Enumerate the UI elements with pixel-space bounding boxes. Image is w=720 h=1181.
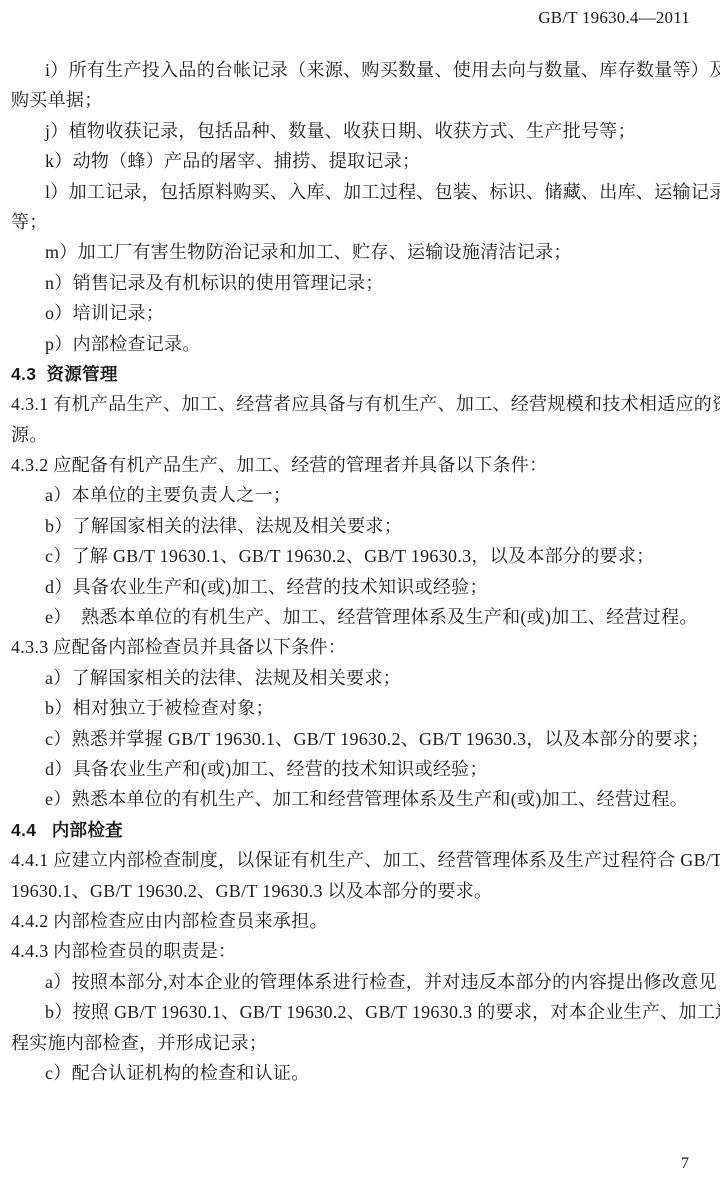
- text-line: 购买单据；: [11, 85, 712, 115]
- page-number: 7: [681, 1153, 689, 1175]
- text-line: 4.3.3 应配备内部检查员并具备以下条件：: [11, 632, 712, 662]
- text-line: 4.4.3 内部检查员的职责是：: [11, 936, 712, 966]
- text-line: c）配合认证机构的检查和认证。: [11, 1058, 712, 1088]
- text-line: e） 熟悉本单位的有机生产、加工、经营管理体系及生产和(或)加工、经营过程。: [11, 602, 712, 632]
- text-line: d）具备农业生产和(或)加工、经营的技术知识或经验；: [11, 572, 712, 602]
- text-line: 19630.1、GB/T 19630.2、GB/T 19630.3 以及本部分的…: [11, 876, 712, 906]
- text-line: 4.3.1 有机产品生产、加工、经营者应具备与有机生产、加工、经营规模和技术相适…: [11, 389, 712, 419]
- text-line: p）内部检查记录。: [11, 329, 712, 359]
- text-line: d）具备农业生产和(或)加工、经营的技术知识或经验；: [11, 754, 712, 784]
- text-line: 4.3.2 应配备有机产品生产、加工、经营的管理者并具备以下条件：: [11, 450, 712, 480]
- document-page: GB/T 19630.4—2011 i）所有生产投入品的台帐记录（来源、购买数量…: [0, 0, 720, 1181]
- text-line: 源。: [11, 420, 712, 450]
- text-line: 4.4.1 应建立内部检查制度，以保证有机生产、加工、经营管理体系及生产过程符合…: [11, 845, 712, 875]
- text-line: 等；: [11, 207, 712, 237]
- text-line: b）按照 GB/T 19630.1、GB/T 19630.2、GB/T 1963…: [11, 997, 712, 1027]
- text-line: 4.4 内部检查: [11, 815, 712, 845]
- text-line: m）加工厂有害生物防治记录和加工、贮存、运输设施清洁记录；: [11, 237, 712, 267]
- text-line: j）植物收获记录，包括品种、数量、收获日期、收获方式、生产批号等；: [11, 116, 712, 146]
- text-line: c）熟悉并掌握 GB/T 19630.1、GB/T 19630.2、GB/T 1…: [11, 724, 712, 754]
- text-line: l）加工记录，包括原料购买、入库、加工过程、包装、标识、储藏、出库、运输记录: [11, 177, 712, 207]
- document-body: i）所有生产投入品的台帐记录（来源、购买数量、使用去向与数量、库存数量等）及购买…: [11, 55, 712, 1088]
- text-line: b）相对独立于被检查对象；: [11, 693, 712, 723]
- text-line: a）按照本部分,对本企业的管理体系进行检查，并对违反本部分的内容提出修改意见；: [11, 967, 712, 997]
- document-code-header: GB/T 19630.4—2011: [538, 7, 690, 29]
- text-line: a）本单位的主要负责人之一；: [11, 480, 712, 510]
- text-line: i）所有生产投入品的台帐记录（来源、购买数量、使用去向与数量、库存数量等）及: [11, 55, 712, 85]
- text-line: 4.3 资源管理: [11, 359, 712, 389]
- text-line: k）动物（蜂）产品的屠宰、捕捞、提取记录；: [11, 146, 712, 176]
- text-line: a）了解国家相关的法律、法规及相关要求；: [11, 663, 712, 693]
- text-line: o）培训记录；: [11, 298, 712, 328]
- text-line: c）了解 GB/T 19630.1、GB/T 19630.2、GB/T 1963…: [11, 541, 712, 571]
- text-line: b）了解国家相关的法律、法规及相关要求；: [11, 511, 712, 541]
- text-line: 4.4.2 内部检查应由内部检查员来承担。: [11, 906, 712, 936]
- text-line: 程实施内部检查，并形成记录；: [11, 1028, 712, 1058]
- text-line: n）销售记录及有机标识的使用管理记录；: [11, 268, 712, 298]
- text-line: e）熟悉本单位的有机生产、加工和经营管理体系及生产和(或)加工、经营过程。: [11, 784, 712, 814]
